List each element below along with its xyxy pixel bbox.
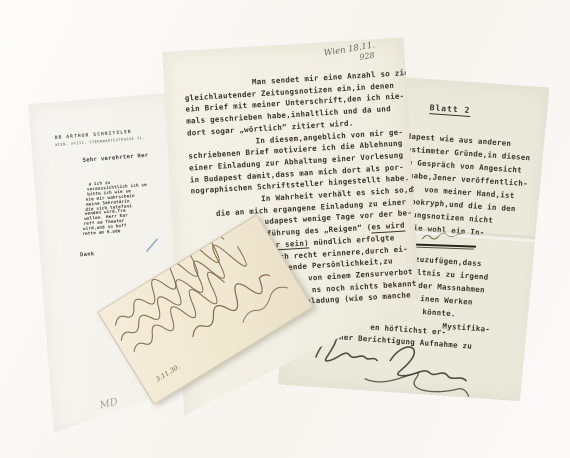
letterhead: DR ARTHUR SCHNITZLER WIEN, XVIII. STERNW… [55, 129, 145, 147]
salutation-line: Sehr verehrter Her [82, 153, 148, 164]
sheet-header: Blatt 2 [429, 103, 470, 117]
collector-monogram: MD [99, 397, 119, 412]
struck-out-line [412, 235, 482, 251]
blue-pencil-mark [143, 236, 162, 255]
photo-of-schnitzler-letters: DR ARTHUR SCHNITZLER WIEN, XVIII. STERNW… [0, 0, 570, 458]
typed-body-fragment: a ich zuvoraussichtlich ich sebitte ich … [78, 179, 150, 238]
handwritten-correction-icon [420, 232, 466, 244]
handwritten-date-annotation: Wien 18.11. 928 [324, 40, 378, 67]
closing-word: Dank [80, 251, 95, 258]
